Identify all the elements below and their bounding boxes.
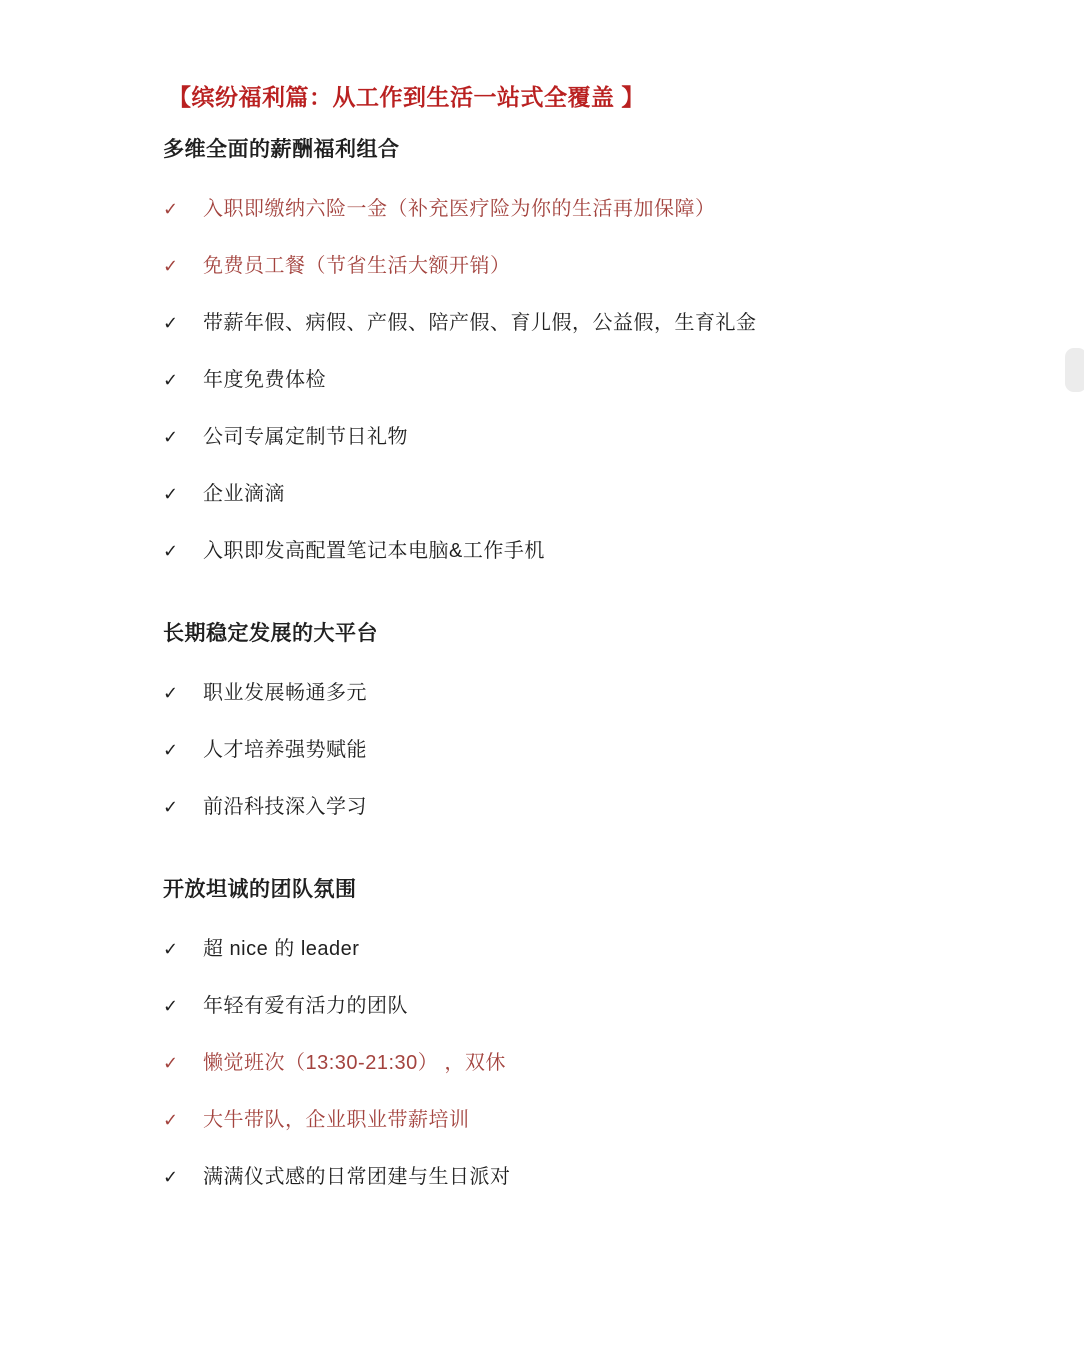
scrollbar-thumb[interactable]	[1065, 348, 1084, 392]
checkmark-icon: ✓	[163, 936, 203, 962]
item-text: 年轻有爱有活力的团队	[203, 993, 408, 1019]
document-page: 【缤纷福利篇：从工作到生活一站式全覆盖 】 多维全面的薪酬福利组合 ✓ 入职即缴…	[0, 0, 1084, 1345]
item-text: 入职即缴纳六险一金（补充医疗险为你的生活再加保障）	[203, 196, 716, 222]
item-text: 职业发展畅通多元	[203, 680, 367, 706]
benefit-item: ✓ 大牛带队，企业职业带薪培训	[163, 1107, 1024, 1133]
checkmark-icon: ✓	[163, 424, 203, 450]
item-text: 大牛带队，企业职业带薪培训	[203, 1107, 470, 1133]
benefit-item: ✓ 前沿科技深入学习	[163, 794, 1024, 820]
item-text: 前沿科技深入学习	[203, 794, 367, 820]
document-title: 【缤纷福利篇：从工作到生活一站式全覆盖 】	[168, 83, 1024, 111]
checkmark-icon: ✓	[163, 367, 203, 393]
checkmark-icon: ✓	[163, 993, 203, 1019]
checkmark-icon: ✓	[163, 253, 203, 279]
benefit-item: ✓ 入职即发高配置笔记本电脑&工作手机	[163, 538, 1024, 564]
item-text: 满满仪式感的日常团建与生日派对	[203, 1164, 511, 1190]
checkmark-icon: ✓	[163, 1050, 203, 1076]
benefit-item: ✓ 企业滴滴	[163, 481, 1024, 507]
benefit-item: ✓ 超 nice 的 leader	[163, 936, 1024, 962]
checkmark-icon: ✓	[163, 196, 203, 222]
benefit-item: ✓ 年轻有爱有活力的团队	[163, 993, 1024, 1019]
checkmark-icon: ✓	[163, 794, 203, 820]
checkmark-icon: ✓	[163, 1107, 203, 1133]
checkmark-icon: ✓	[163, 737, 203, 763]
benefit-item: ✓ 人才培养强势赋能	[163, 737, 1024, 763]
item-text: 企业滴滴	[203, 481, 285, 507]
item-text: 公司专属定制节日礼物	[203, 424, 408, 450]
section-heading: 多维全面的薪酬福利组合	[163, 137, 1024, 163]
item-text: 入职即发高配置笔记本电脑&工作手机	[203, 538, 545, 564]
section-heading: 长期稳定发展的大平台	[163, 621, 1024, 647]
section-platform: 长期稳定发展的大平台 ✓ 职业发展畅通多元 ✓ 人才培养强势赋能 ✓ 前沿科技深…	[163, 621, 1024, 820]
item-text: 年度免费体检	[203, 367, 326, 393]
checkmark-icon: ✓	[163, 481, 203, 507]
benefit-item: ✓ 满满仪式感的日常团建与生日派对	[163, 1164, 1024, 1190]
checkmark-icon: ✓	[163, 1164, 203, 1190]
benefit-item: ✓ 免费员工餐（节省生活大额开销）	[163, 253, 1024, 279]
item-text: 带薪年假、病假、产假、陪产假、育儿假，公益假，生育礼金	[203, 310, 757, 336]
checkmark-icon: ✓	[163, 310, 203, 336]
section-benefits: 多维全面的薪酬福利组合 ✓ 入职即缴纳六险一金（补充医疗险为你的生活再加保障） …	[163, 137, 1024, 564]
checkmark-icon: ✓	[163, 538, 203, 564]
benefit-item: ✓ 公司专属定制节日礼物	[163, 424, 1024, 450]
item-text: 免费员工餐（节省生活大额开销）	[203, 253, 511, 279]
benefit-item: ✓ 年度免费体检	[163, 367, 1024, 393]
benefit-item: ✓ 职业发展畅通多元	[163, 680, 1024, 706]
benefit-item: ✓ 带薪年假、病假、产假、陪产假、育儿假，公益假，生育礼金	[163, 310, 1024, 336]
section-heading: 开放坦诚的团队氛围	[163, 877, 1024, 903]
section-team: 开放坦诚的团队氛围 ✓ 超 nice 的 leader ✓ 年轻有爱有活力的团队…	[163, 877, 1024, 1190]
item-text: 懒觉班次（13:30-21:30） ，双休	[203, 1050, 506, 1076]
item-text: 人才培养强势赋能	[203, 737, 367, 763]
checkmark-icon: ✓	[163, 680, 203, 706]
item-text: 超 nice 的 leader	[203, 936, 359, 962]
benefit-item: ✓ 入职即缴纳六险一金（补充医疗险为你的生活再加保障）	[163, 196, 1024, 222]
benefit-item: ✓ 懒觉班次（13:30-21:30） ，双休	[163, 1050, 1024, 1076]
